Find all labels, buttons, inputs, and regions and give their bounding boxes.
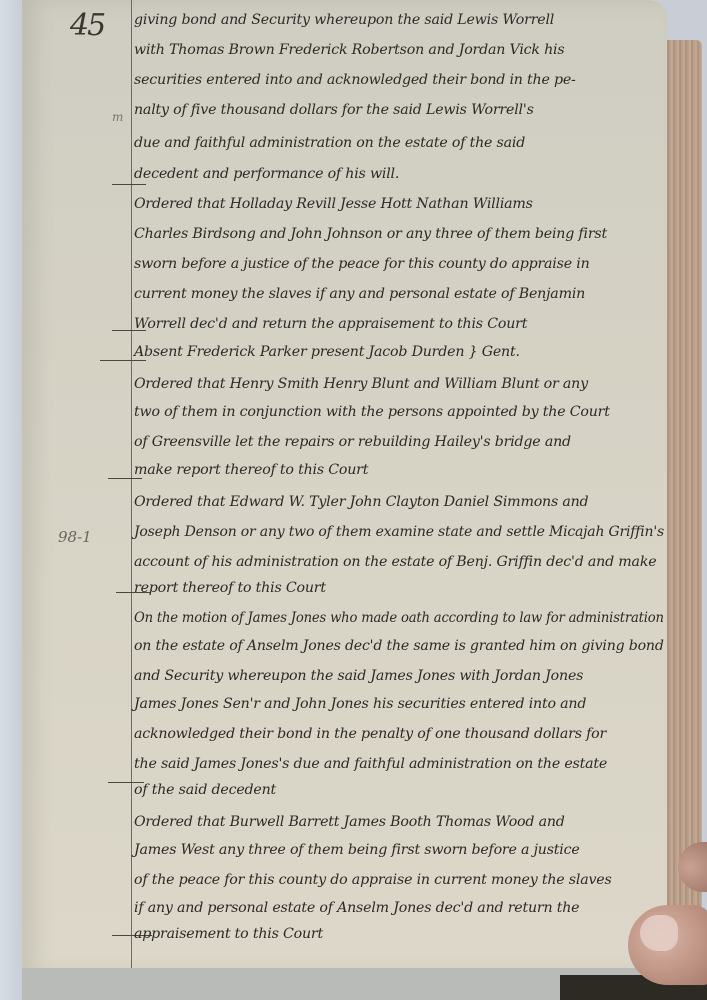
text-line: due and faithful administration on the e… [134, 135, 525, 151]
text-line: make report thereof to this Court [134, 462, 368, 478]
text-line: on the estate of Anselm Jones dec'd the … [134, 638, 664, 654]
text-line: On the motion of James Jones who made oa… [134, 610, 664, 626]
folio-reference-note: 98-1 [58, 528, 92, 546]
text-line: current money the slaves if any and pers… [134, 286, 585, 302]
page-number: 45 [70, 8, 104, 43]
entry-separator [108, 478, 142, 479]
text-line: and Security whereupon the said James Jo… [134, 668, 583, 684]
text-line: of the peace for this county do appraise… [134, 872, 612, 888]
text-line: nalty of five thousand dollars for the s… [134, 102, 534, 118]
text-line: Charles Birdsong and John Johnson or any… [134, 226, 607, 242]
background-left [0, 0, 24, 1000]
thumbnail-nail [640, 915, 678, 951]
text-line: report thereof to this Court [134, 580, 326, 596]
text-line: giving bond and Security whereupon the s… [134, 12, 554, 28]
text-line: appraisement to this Court [134, 926, 323, 942]
text-line: acknowledged their bond in the penalty o… [134, 726, 606, 742]
text-line: decedent and performance of his will. [134, 166, 399, 182]
text-line: Worrell dec'd and return the appraisemen… [134, 316, 527, 332]
text-line: James Jones Sen'r and John Jones his sec… [134, 696, 586, 712]
text-line: sworn before a justice of the peace for … [134, 256, 590, 272]
text-line: account of his administration on the est… [134, 554, 656, 570]
text-line: of Greensville let the repairs or rebuil… [134, 434, 571, 450]
text-line: Ordered that Henry Smith Henry Blunt and… [134, 376, 588, 392]
entry-separator [100, 360, 146, 361]
text-line: Ordered that Holladay Revill Jesse Hott … [134, 196, 533, 212]
entry-separator [112, 184, 146, 185]
margin-rule [131, 0, 132, 968]
text-line: Absent Frederick Parker present Jacob Du… [134, 344, 520, 360]
text-line: James West any three of them being first… [134, 842, 580, 858]
text-line: with Thomas Brown Frederick Robertson an… [134, 42, 564, 58]
text-line: Ordered that Burwell Barrett James Booth… [134, 814, 565, 830]
margin-tick-mark: т [112, 110, 123, 124]
text-line: of the said decedent [134, 782, 276, 798]
text-line: the said James Jones's due and faithful … [134, 756, 607, 772]
text-line: securities entered into and acknowledged… [134, 72, 576, 88]
stacked-page-edges [664, 40, 702, 910]
text-line: if any and personal estate of Anselm Jon… [134, 900, 579, 916]
text-line: two of them in conjunction with the pers… [134, 404, 610, 420]
text-line: Ordered that Edward W. Tyler John Clayto… [134, 494, 588, 510]
text-line: Joseph Denson or any two of them examine… [134, 524, 664, 540]
